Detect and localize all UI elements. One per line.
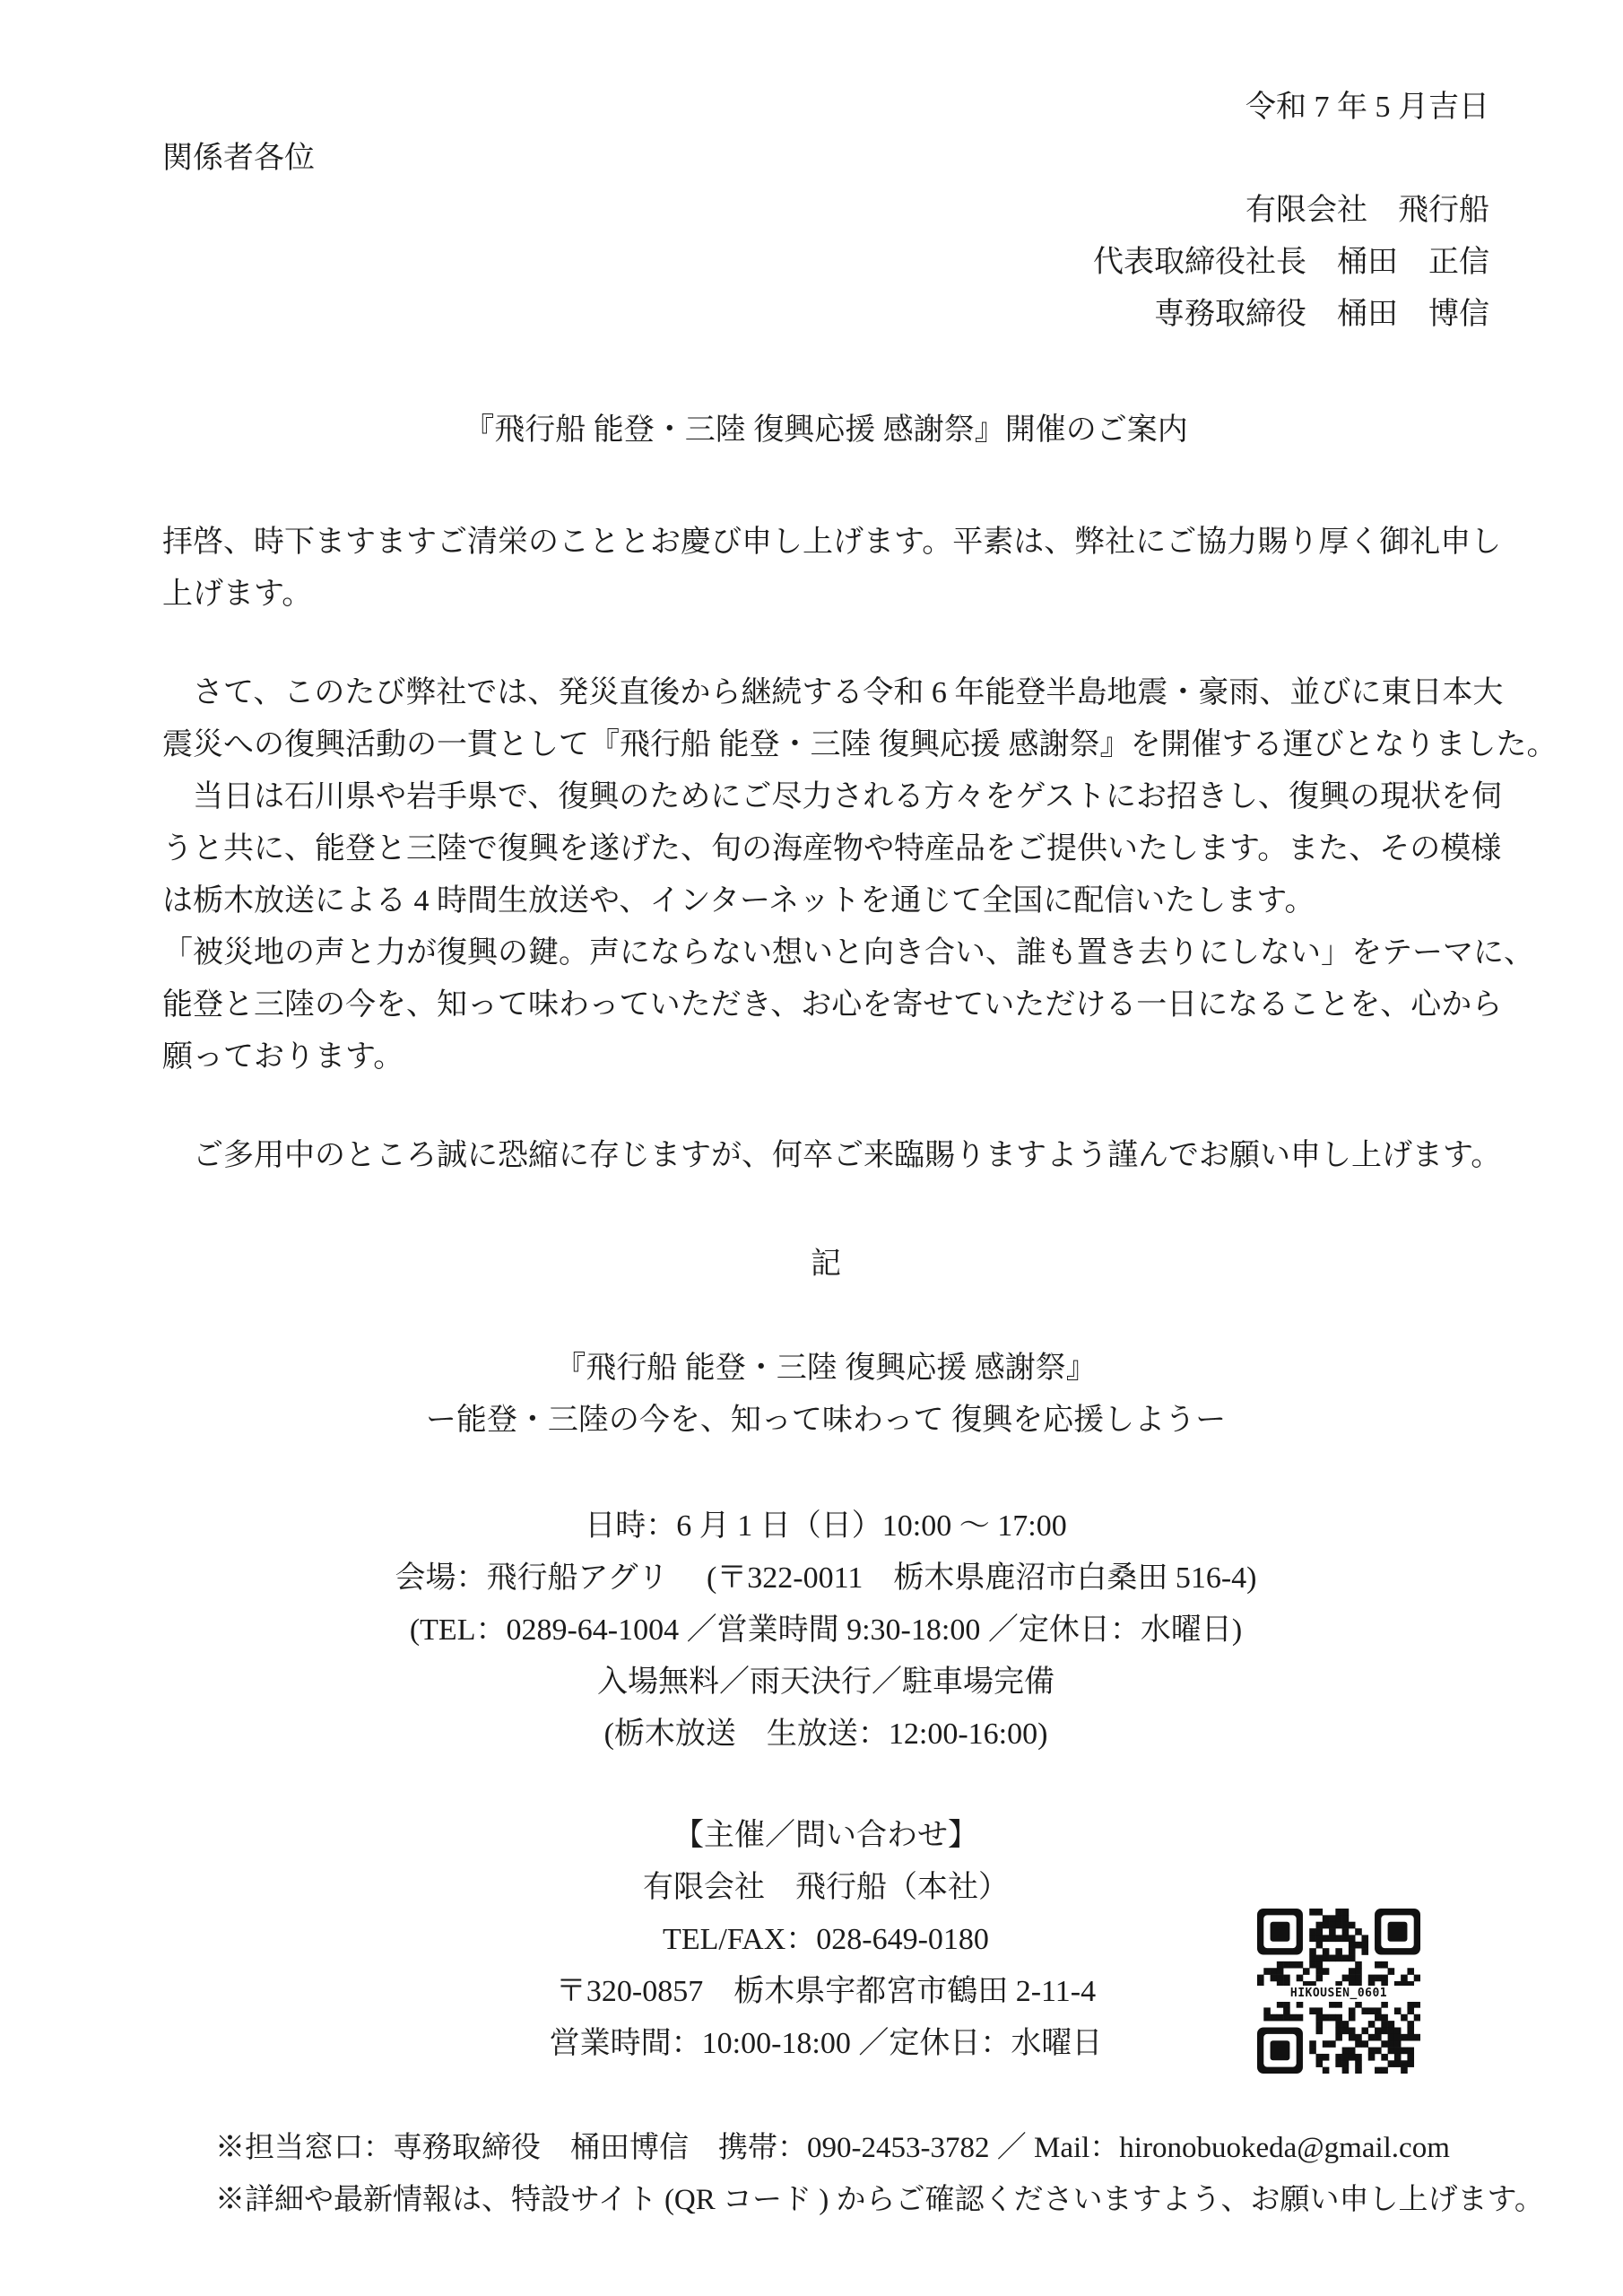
sender-director: 専務取締役 桶田 博信 bbox=[162, 289, 1489, 341]
event-name: 『飛行船 能登・三陸 復興応援 感謝祭』 bbox=[162, 1343, 1489, 1395]
body-line: さて、このたび弊社では、発災直後から継続する令和 6 年能登半島地震・豪雨、並び… bbox=[162, 667, 1489, 719]
body-line: 震災への復興活動の一貫として『飛行船 能登・三陸 復興応援 感謝祭』を開催する運… bbox=[162, 719, 1489, 771]
addressee: 関係者各位 bbox=[162, 133, 315, 185]
event-venue-info: (TEL：0289-64-1004 ／営業時間 9:30-18:00 ／定休日：… bbox=[162, 1605, 1489, 1657]
footnote-line: ※詳細や最新情報は、特設サイト (QR コード ) からご確認くださいますよう、… bbox=[215, 2174, 1544, 2226]
event-datetime: 日時：6 月 1 日（日）10:00 ～ 17:00 bbox=[162, 1500, 1489, 1552]
event-broadcast: (栃木放送 生放送：12:00-16:00) bbox=[162, 1709, 1489, 1761]
body-line: 拝啓、時下ますますご清栄のこととお慶び申し上げます。平素は、弊社にご協力賜り厚く… bbox=[162, 517, 1489, 569]
footnotes-block: ※担当窓口：専務取締役 桶田博信 携帯：090-2453-3782 ／ Mail… bbox=[215, 2122, 1544, 2226]
event-admission: 入場無料／雨天決行／駐車場完備 bbox=[162, 1657, 1489, 1709]
body-line: 上げます。 bbox=[162, 569, 1489, 621]
organizer-company: 有限会社 飛行船（本社） bbox=[162, 1862, 1489, 1914]
body-line: 当日は石川県や岩手県で、復興のためにご尽力される方々をゲストにお招きし、復興の現… bbox=[162, 771, 1489, 823]
footnote-line: ※担当窓口：専務取締役 桶田博信 携帯：090-2453-3782 ／ Mail… bbox=[215, 2122, 1544, 2174]
organizer-heading: 【主催／問い合わせ】 bbox=[162, 1810, 1489, 1862]
qr-code: HIKOUSEN_0601 bbox=[1257, 1909, 1420, 2074]
letter-page: 令和 7 年 5 月吉日 関係者各位 有限会社 飛行船 代表取締役社長 桶田 正… bbox=[0, 0, 1623, 2296]
body-spacer bbox=[162, 1083, 1489, 1130]
date-line: 令和 7 年 5 月吉日 bbox=[162, 82, 1489, 134]
body-line: ご多用中のところ誠に恐縮に存じますが、何卒ご来臨賜りますよう謹んでお願い申し上げ… bbox=[162, 1130, 1489, 1182]
letter-body: 拝啓、時下ますますご清栄のこととお慶び申し上げます。平素は、弊社にご協力賜り厚く… bbox=[162, 517, 1489, 1182]
sender-company: 有限会社 飛行船 bbox=[162, 185, 1489, 237]
body-spacer bbox=[162, 621, 1489, 667]
body-line: 能登と三陸の今を、知って味わっていただき、お心を寄せていただける一日になることを… bbox=[162, 979, 1489, 1031]
sender-block: 有限会社 飛行船 代表取締役社長 桶田 正信 専務取締役 桶田 博信 bbox=[162, 185, 1489, 341]
event-venue: 会場：飛行船アグリ (〒322-0011 栃木県鹿沼市白桑田 516-4) bbox=[162, 1552, 1489, 1605]
event-slogan: ー能登・三陸の今を、知って味わって 復興を応援しようー bbox=[162, 1395, 1489, 1447]
qr-label: HIKOUSEN_0601 bbox=[1257, 1986, 1420, 2002]
body-line: 「被災地の声と力が復興の鍵。声にならない想いと向き合い、誰も置き去りにしない」を… bbox=[162, 927, 1489, 979]
body-line: は栃木放送による 4 時間生放送や、インターネットを通じて全国に配信いたします。 bbox=[162, 875, 1489, 927]
sender-president: 代表取締役社長 桶田 正信 bbox=[162, 237, 1489, 289]
body-line: うと共に、能登と三陸で復興を遂げた、旬の海産物や特産品をご提供いたします。また、… bbox=[162, 823, 1489, 875]
body-line: 願っております。 bbox=[162, 1031, 1489, 1083]
letter-title: 『飛行船 能登・三陸 復興応援 感謝祭』開催のご案内 bbox=[162, 404, 1489, 457]
ki-marker: 記 bbox=[162, 1239, 1489, 1291]
